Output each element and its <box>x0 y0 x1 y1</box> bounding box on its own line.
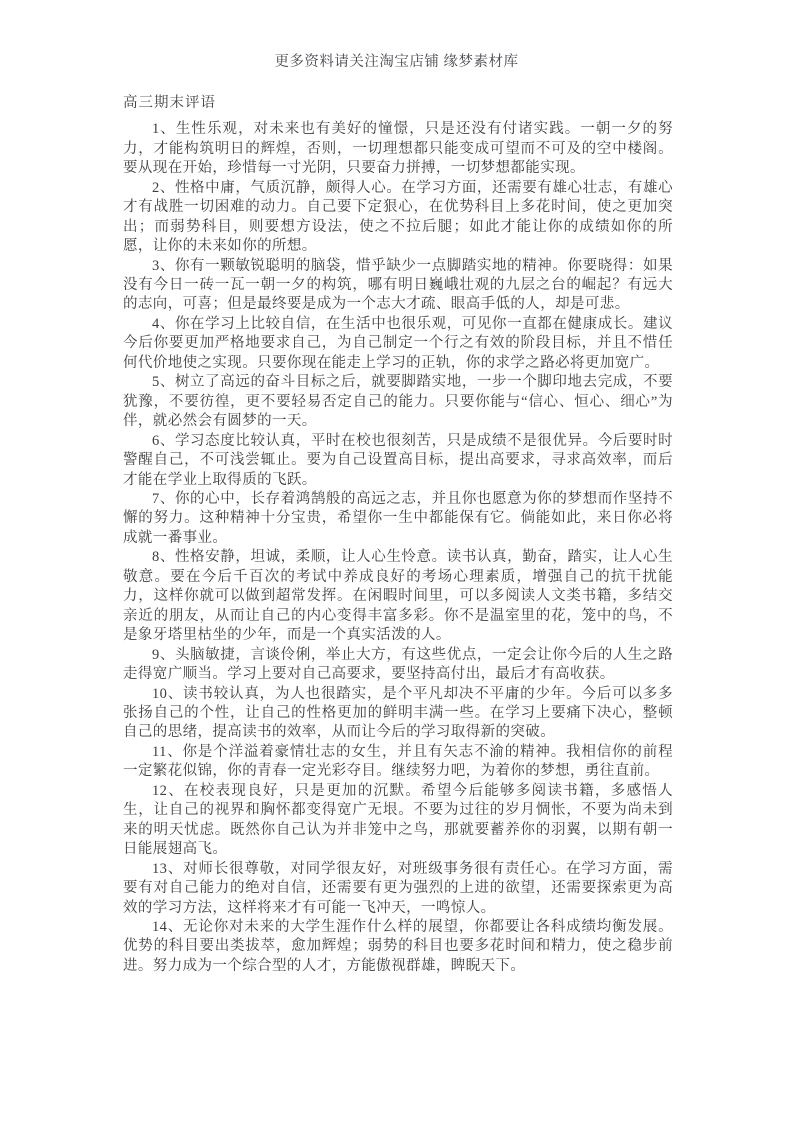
document-page: 更多资料请关注淘宝店铺 缘梦素材库 高三期末评语 1、生性乐观，对未来也有美好的… <box>0 0 793 1122</box>
comment-paragraph: 2、性格中庸，气质沉静，颇得人心。在学习方面，还需要有雄心壮志，有雄心才有战胜一… <box>123 179 673 257</box>
comment-paragraph: 13、对师长很尊敬，对同学很友好，对班级事务很有责任心。在学习方面，需要有对自己… <box>123 860 673 918</box>
comment-paragraph: 9、头脑敏捷，言谈伶俐，举止大方，有这些优点，一定会让你今后的人生之路走得宽广顺… <box>123 646 673 685</box>
comment-paragraph: 5、树立了高远的奋斗目标之后，就要脚踏实地，一步一个脚印地去完成，不要犹豫，不要… <box>123 373 673 431</box>
comment-paragraph: 7、你的心中，长存着鸿鹄般的高远之志，并且你也愿意为你的梦想而作坚持不懈的努力。… <box>123 490 673 548</box>
comment-paragraph: 6、学习态度比较认真，平时在校也很刻苦，只是成绩不是很优异。今后要时时警醒自己，… <box>123 432 673 490</box>
comment-paragraph: 14、无论你对未来的大学生涯作什么样的展望，你都要让各科成绩均衡发展。优势的科目… <box>123 918 673 976</box>
comment-paragraph: 3、你有一颗敏锐聪明的脑袋，惜乎缺少一点脚踏实地的精神。你要晓得：如果没有今日一… <box>123 257 673 315</box>
document-title: 高三期末评语 <box>123 94 673 113</box>
comment-paragraph: 10、读书较认真，为人也很踏实，是个平凡却决不平庸的少年。今后可以多多张扬自己的… <box>123 685 673 743</box>
comment-paragraph: 8、性格安静，坦诚，柔顺，让人心生怜意。读书认真，勤奋，踏实，让人心生敬意。要在… <box>123 548 673 645</box>
header-note: 更多资料请关注淘宝店铺 缘梦素材库 <box>0 53 793 71</box>
paragraph-list: 1、生性乐观，对未来也有美好的憧憬，只是还没有付诸实践。一朝一夕的努力，才能构筑… <box>123 120 673 976</box>
comment-paragraph: 12、在校表现良好，只是更加的沉默。希望今后能够多阅读书籍，多感悟人生，让自己的… <box>123 782 673 860</box>
comment-paragraph: 4、你在学习上比较自信，在生活中也很乐观，可见你一直都在健康成长。建议今后你要更… <box>123 315 673 373</box>
document-body: 高三期末评语 1、生性乐观，对未来也有美好的憧憬，只是还没有付诸实践。一朝一夕的… <box>123 94 673 976</box>
comment-paragraph: 11、你是个洋溢着豪情壮志的女生，并且有矢志不渝的精神。我相信你的前程一定繁花似… <box>123 743 673 782</box>
comment-paragraph: 1、生性乐观，对未来也有美好的憧憬，只是还没有付诸实践。一朝一夕的努力，才能构筑… <box>123 120 673 178</box>
